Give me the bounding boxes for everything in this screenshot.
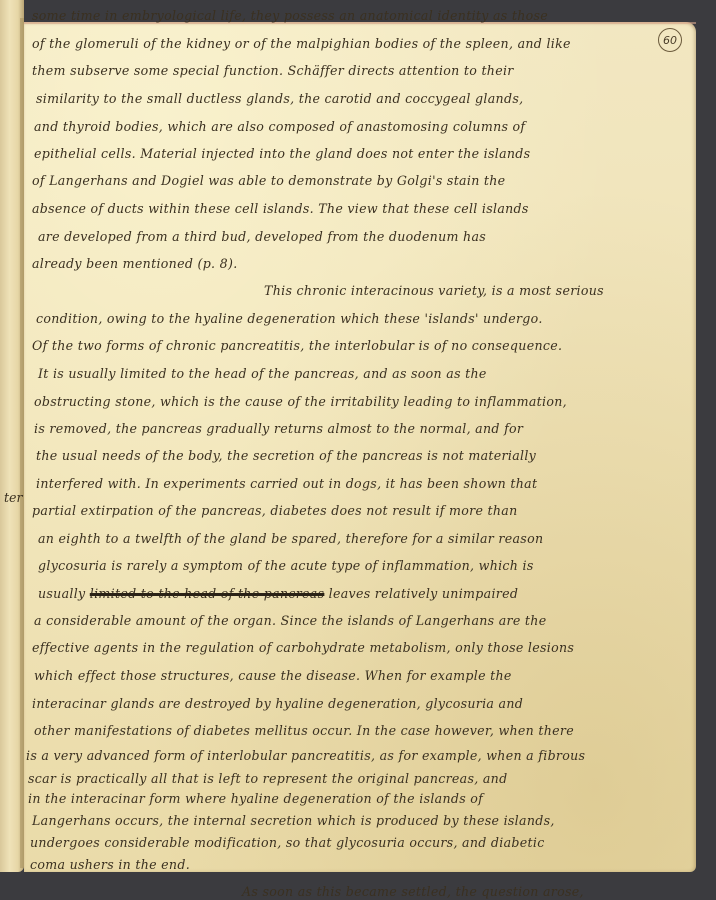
manuscript-line: As soon as this became settled, the ques… xyxy=(242,884,584,899)
line-text: is a very advanced form of interlobular … xyxy=(26,748,585,763)
manuscript-line: obstructing stone, which is the cause of… xyxy=(34,394,567,409)
manuscript-line: are developed from a third bud, develope… xyxy=(38,229,486,244)
line-text: the usual needs of the body, the secreti… xyxy=(36,448,536,463)
manuscript-line: Of the two forms of chronic pancreatitis… xyxy=(32,338,562,353)
manuscript-line: similarity to the small ductless glands,… xyxy=(36,91,523,106)
line-text: and thyroid bodies, which are also compo… xyxy=(34,119,525,134)
manuscript-line: of Langerhans and Dogiel was able to dem… xyxy=(32,173,505,188)
line-text: absence of ducts within these cell islan… xyxy=(32,201,529,216)
line-text: are developed from a third bud, develope… xyxy=(38,229,486,244)
line-text: undergoes considerable modification, so … xyxy=(30,835,545,850)
line-text: partial extirpation of the pancreas, dia… xyxy=(32,503,518,518)
manuscript-line: Langerhans occurs, the internal secretio… xyxy=(32,813,555,828)
line-text: them subserve some special function. Sch… xyxy=(32,63,514,78)
manuscript-line: absence of ducts within these cell islan… xyxy=(32,201,529,216)
manuscript-line: some time in embryological life, they po… xyxy=(32,8,548,23)
manuscript-line: scar is practically all that is left to … xyxy=(28,771,507,786)
line-text: This chronic interacinous variety, is a … xyxy=(264,283,604,298)
manuscript-line: It is usually limited to the head of the… xyxy=(38,366,487,381)
manuscript-line: a considerable amount of the organ. Sinc… xyxy=(34,613,546,628)
line-text: which effect those structures, cause the… xyxy=(34,668,512,683)
manuscript-line: which effect those structures, cause the… xyxy=(34,668,512,683)
manuscript-line: other manifestations of diabetes mellitu… xyxy=(34,723,574,738)
line-text: similarity to the small ductless glands,… xyxy=(36,91,523,106)
line-text: As soon as this became settled, the ques… xyxy=(242,884,584,899)
line-text: Langerhans occurs, the internal secretio… xyxy=(32,813,555,828)
line-text: scar is practically all that is left to … xyxy=(28,771,507,786)
manuscript-line: condition, owing to the hyaline degenera… xyxy=(36,311,543,326)
manuscript-line: effective agents in the regulation of ca… xyxy=(32,640,574,655)
manuscript-line: already been mentioned (p. 8). xyxy=(32,256,238,271)
manuscript-line: is a very advanced form of interlobular … xyxy=(26,748,585,763)
line-text: obstructing stone, which is the cause of… xyxy=(34,394,567,409)
line-text: interacinar glands are destroyed by hyal… xyxy=(32,696,523,711)
line-text: epithelial cells. Material injected into… xyxy=(34,146,530,161)
line-text: in the interacinar form where hyaline de… xyxy=(28,791,483,806)
manuscript-line: epithelial cells. Material injected into… xyxy=(34,146,530,161)
manuscript-line: This chronic interacinous variety, is a … xyxy=(264,283,604,298)
manuscript-line: interfered with. In experiments carried … xyxy=(36,476,537,491)
manuscript-line: an eighth to a twelfth of the gland be s… xyxy=(38,531,543,546)
line-text: effective agents in the regulation of ca… xyxy=(32,640,574,655)
manuscript-page: 60 some time in embryological life, they… xyxy=(24,22,696,872)
manuscript-line: interacinar glands are destroyed by hyal… xyxy=(32,696,523,711)
line-text: leaves relatively unimpaired xyxy=(324,586,518,601)
line-text: already been mentioned (p. 8). xyxy=(32,256,238,271)
manuscript-line: glycosuria is rarely a symptom of the ac… xyxy=(38,558,534,573)
line-text: of the glomeruli of the kidney or of the… xyxy=(32,36,571,51)
manuscript-line: coma ushers in the end. xyxy=(30,857,190,872)
manuscript-line: of the glomeruli of the kidney or of the… xyxy=(32,36,571,51)
manuscript-line: partial extirpation of the pancreas, dia… xyxy=(32,503,518,518)
manuscript-line: and thyroid bodies, which are also compo… xyxy=(34,119,525,134)
line-text: condition, owing to the hyaline degenera… xyxy=(36,311,543,326)
line-text: It is usually limited to the head of the… xyxy=(38,366,487,381)
struck-through-text: limited to the head of the pancreas xyxy=(90,586,325,601)
manuscript-line: undergoes considerable modification, so … xyxy=(30,835,545,850)
line-text: interfered with. In experiments carried … xyxy=(36,476,537,491)
line-text: some time in embryological life, they po… xyxy=(32,8,548,23)
line-text: glycosuria is rarely a symptom of the ac… xyxy=(38,558,534,573)
line-text: coma ushers in the end. xyxy=(30,857,190,872)
margin-note: ter xyxy=(4,490,23,505)
line-text: of Langerhans and Dogiel was able to dem… xyxy=(32,173,505,188)
line-text: other manifestations of diabetes mellitu… xyxy=(34,723,574,738)
manuscript-line: usually limited to the head of the pancr… xyxy=(38,586,518,601)
manuscript-line: in the interacinar form where hyaline de… xyxy=(28,791,483,806)
line-text: is removed, the pancreas gradually retur… xyxy=(34,421,523,436)
manuscript-line: the usual needs of the body, the secreti… xyxy=(36,448,536,463)
manuscript-line: them subserve some special function. Sch… xyxy=(32,63,514,78)
line-text: a considerable amount of the organ. Sinc… xyxy=(34,613,546,628)
line-text: an eighth to a twelfth of the gland be s… xyxy=(38,531,543,546)
line-text: Of the two forms of chronic pancreatitis… xyxy=(32,338,562,353)
page-number-badge: 60 xyxy=(658,28,682,52)
line-text: usually xyxy=(38,586,90,601)
manuscript-line: is removed, the pancreas gradually retur… xyxy=(34,421,523,436)
